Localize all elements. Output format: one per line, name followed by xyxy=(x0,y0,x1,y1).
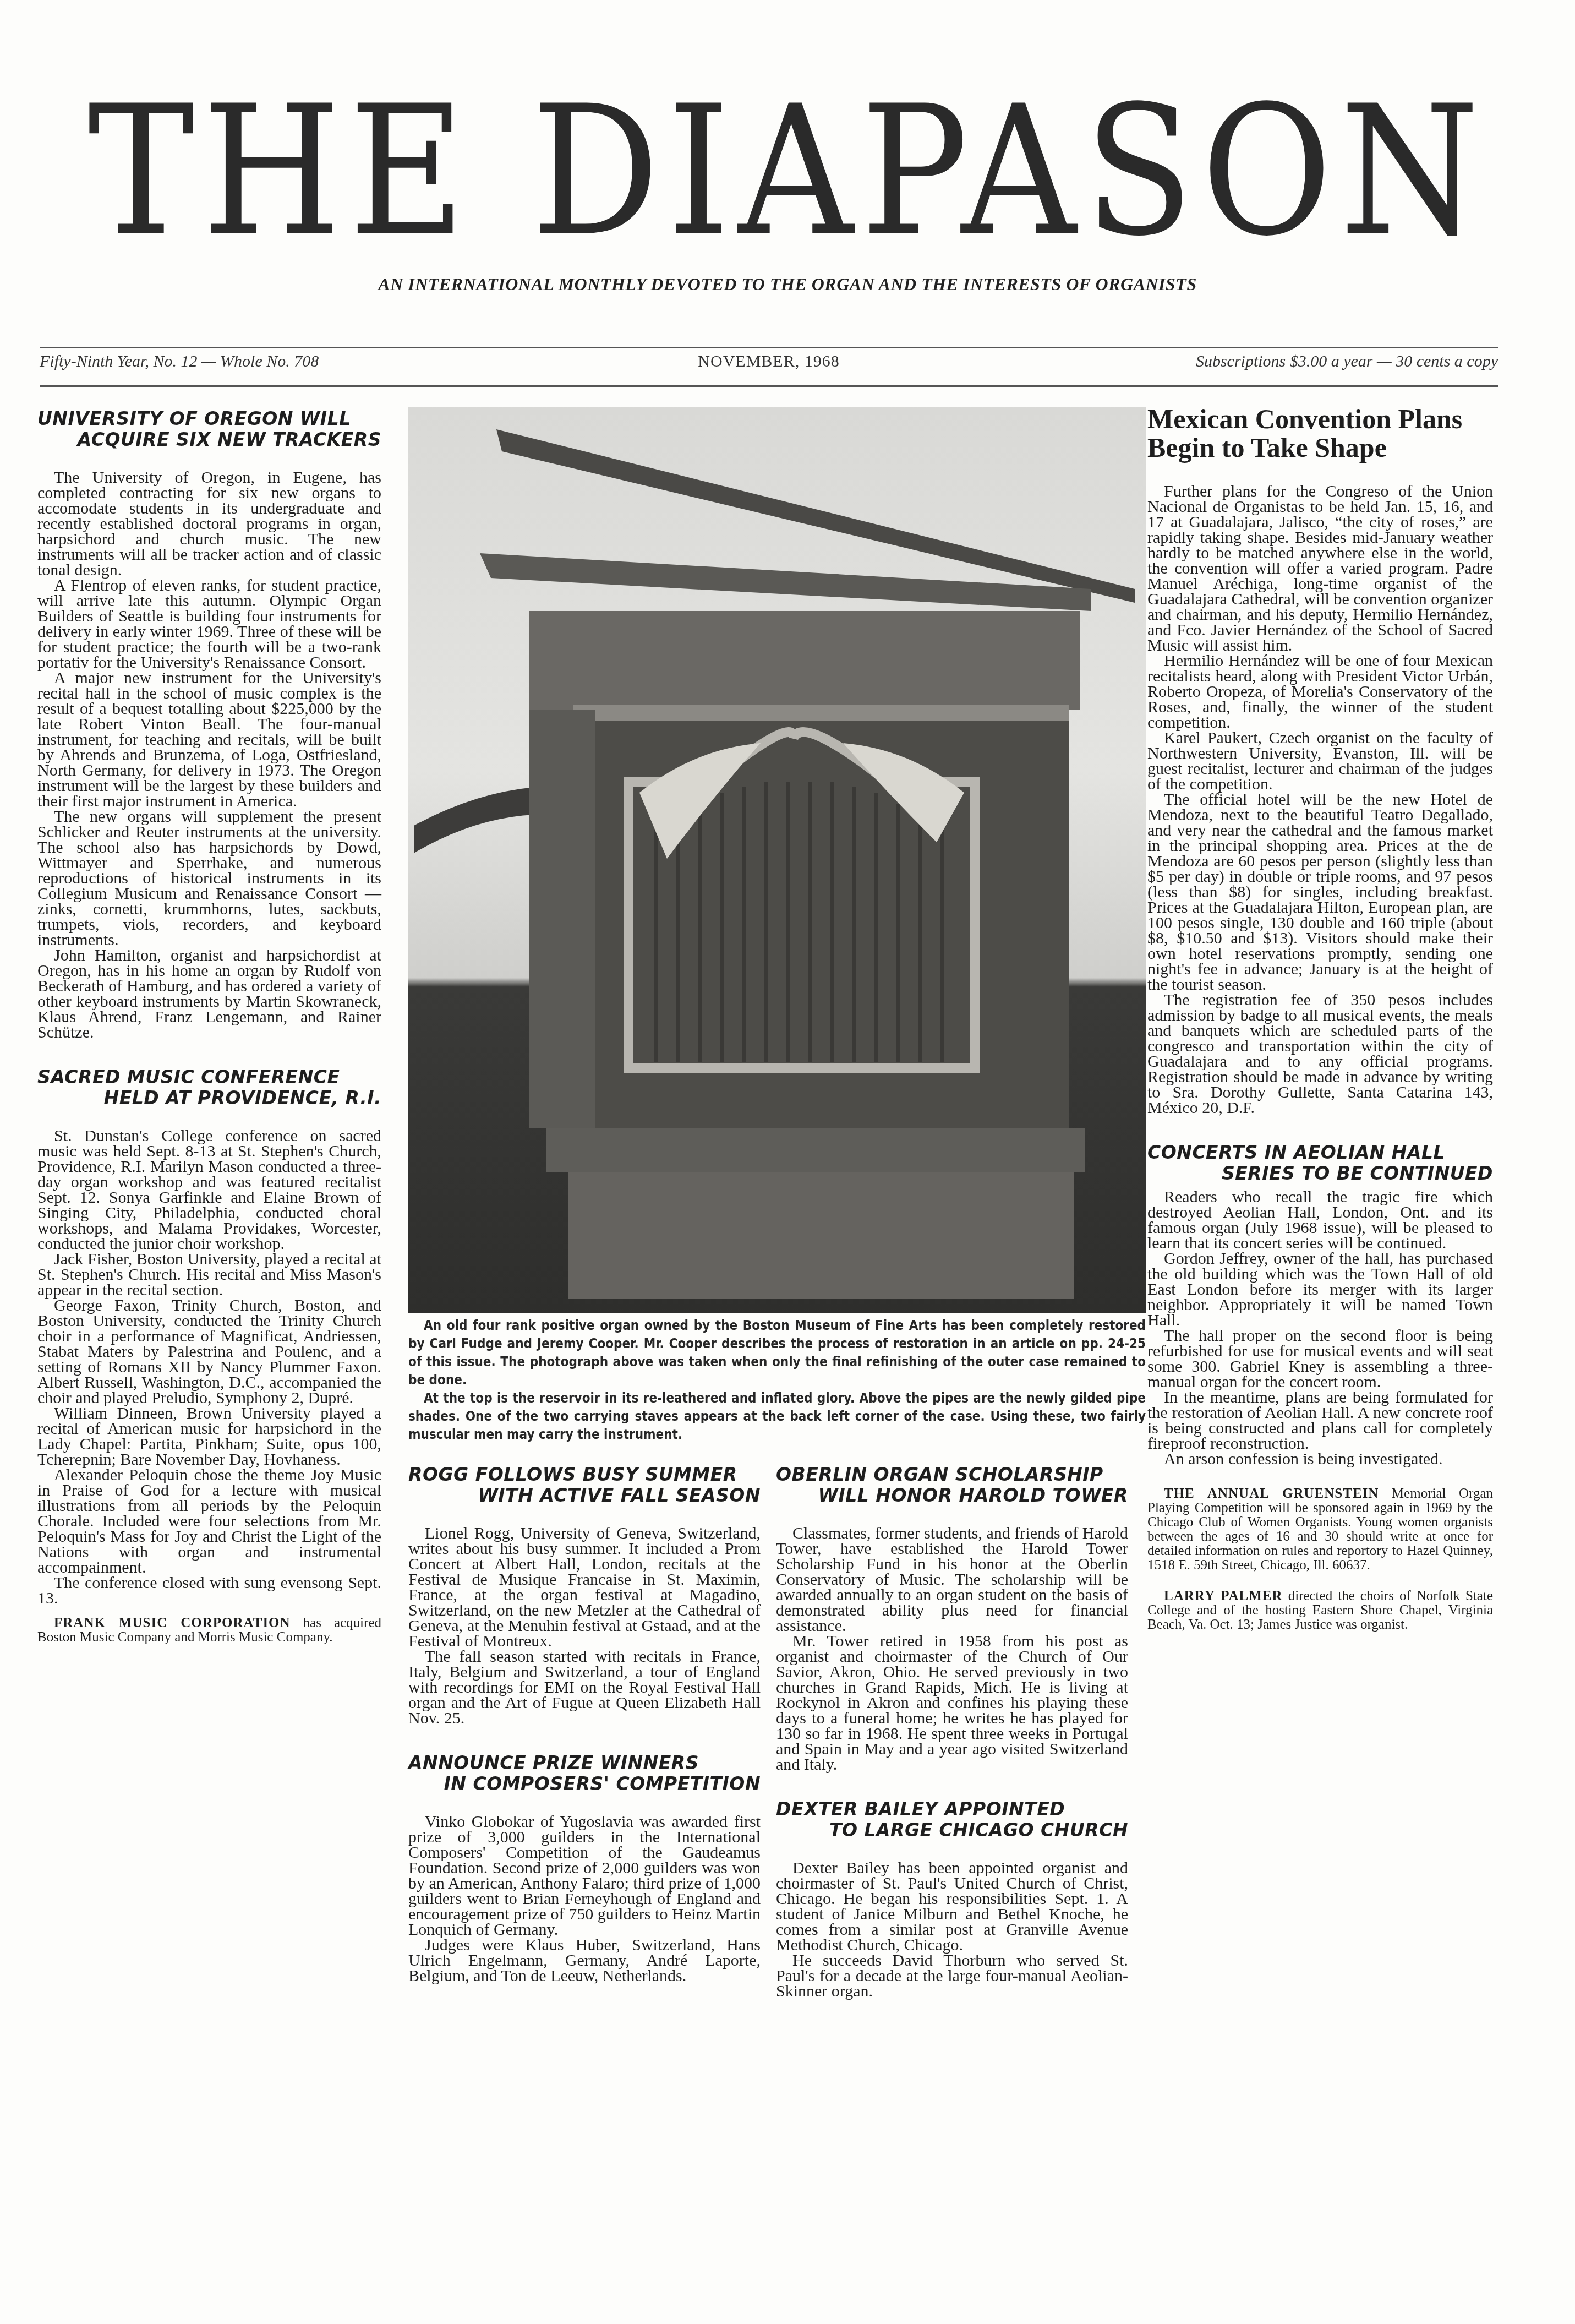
paragraph: The fall season started with recitals in… xyxy=(408,1649,761,1726)
column-right: Mexican Convention Plans Begin to Take S… xyxy=(1147,405,1493,1632)
paragraph: Readers who recall the tragic fire which… xyxy=(1147,1190,1493,1251)
masthead-title: THE DIAPASON xyxy=(0,83,1575,261)
headline-oberlin: OBERLIN ORGAN SCHOLARSHIP WILL HONOR HAR… xyxy=(776,1464,1128,1506)
headline-mexican-convention: Mexican Convention Plans Begin to Take S… xyxy=(1147,405,1493,462)
paragraph: In the meantime, plans are being formula… xyxy=(1147,1390,1493,1452)
paragraph: St. Dunstan's College conference on sacr… xyxy=(37,1128,381,1252)
paragraph: He succeeds David Thorburn who served St… xyxy=(776,1953,1128,1999)
paragraph: John Hamilton, organist and harpsichordi… xyxy=(37,948,381,1040)
headline-sacred-music: SACRED MUSIC CONFERENCE HELD AT PROVIDEN… xyxy=(37,1067,381,1109)
article-mexican-convention: Mexican Convention Plans Begin to Take S… xyxy=(1147,405,1493,1116)
paragraph: The official hotel will be the new Hotel… xyxy=(1147,792,1493,992)
paragraph: Dexter Bailey has been appointed organis… xyxy=(776,1861,1128,1953)
caption-paragraph: An old four rank positive organ owned by… xyxy=(408,1317,1146,1389)
brief-gruenstein: THE ANNUAL GRUENSTEIN Memorial Organ Pla… xyxy=(1147,1487,1493,1573)
headline-dexter-bailey: DEXTER BAILEY APPOINTED TO LARGE CHICAGO… xyxy=(776,1799,1128,1841)
article-oberlin: OBERLIN ORGAN SCHOLARSHIP WILL HONOR HAR… xyxy=(776,1464,1128,1772)
paragraph: Alexander Peloquin chose the theme Joy M… xyxy=(37,1467,381,1575)
brief-larry-palmer: LARRY PALMER directed the choirs of Norf… xyxy=(1147,1589,1493,1632)
paragraph: Hermilio Hernández will be one of four M… xyxy=(1147,653,1493,730)
paragraph: Further plans for the Congreso of the Un… xyxy=(1147,484,1493,653)
article-sacred-music: SACRED MUSIC CONFERENCE HELD AT PROVIDEN… xyxy=(37,1067,381,1606)
paragraph: Gordon Jeffrey, owner of the hall, has p… xyxy=(1147,1251,1493,1328)
paragraph: The University of Oregon, in Eugene, has… xyxy=(37,470,381,578)
paragraph: The new organs will supplement the prese… xyxy=(37,809,381,948)
column-center-left: ROGG FOLLOWS BUSY SUMMER WITH ACTIVE FAL… xyxy=(408,1464,761,1984)
paragraph: George Faxon, Trinity Church, Boston, an… xyxy=(37,1298,381,1406)
paragraph: William Dinneen, Brown University played… xyxy=(37,1406,381,1467)
paragraph: Jack Fisher, Boston University, played a… xyxy=(37,1252,381,1298)
paragraph: The registration fee of 350 pesos includ… xyxy=(1147,992,1493,1116)
headline-aeolian-hall: CONCERTS IN AEOLIAN HALL SERIES TO BE CO… xyxy=(1147,1142,1493,1184)
photo-organ-case-icon xyxy=(408,407,1146,1313)
paragraph: A major new instrument for the Universit… xyxy=(37,670,381,809)
headline-prize-winners: ANNOUNCE PRIZE WINNERS IN COMPOSERS' COM… xyxy=(408,1753,761,1794)
article-oregon: UNIVERSITY OF OREGON WILL ACQUIRE SIX NE… xyxy=(37,408,381,1040)
paragraph: An arson confession is being investigate… xyxy=(1147,1452,1493,1467)
paragraph: Judges were Klaus Huber, Switzerland, Ha… xyxy=(408,1938,761,1984)
caption-paragraph: At the top is the reservoir in its re-le… xyxy=(408,1389,1146,1444)
organ-photo xyxy=(408,407,1146,1313)
masthead-top-rule xyxy=(40,347,1498,348)
article-rogg: ROGG FOLLOWS BUSY SUMMER WITH ACTIVE FAL… xyxy=(408,1464,761,1726)
article-prize-winners: ANNOUNCE PRIZE WINNERS IN COMPOSERS' COM… xyxy=(408,1753,761,1984)
paragraph: Karel Paukert, Czech organist on the fac… xyxy=(1147,730,1493,792)
brief-frank-music: FRANK MUSIC CORPORATION has acquired Bos… xyxy=(37,1616,381,1645)
masthead-tagline: AN INTERNATIONAL MONTHLY DEVOTED TO THE … xyxy=(0,274,1575,294)
article-aeolian-hall: CONCERTS IN AEOLIAN HALL SERIES TO BE CO… xyxy=(1147,1142,1493,1467)
column-left: UNIVERSITY OF OREGON WILL ACQUIRE SIX NE… xyxy=(37,408,381,1645)
paragraph: The conference closed with sung evensong… xyxy=(37,1575,381,1606)
paragraph: Classmates, former students, and friends… xyxy=(776,1526,1128,1634)
paragraph: Vinko Globokar of Yugoslavia was awarded… xyxy=(408,1814,761,1938)
issue-info-bar: Fifty-Ninth Year, No. 12 — Whole No. 708… xyxy=(40,352,1498,378)
paragraph: Mr. Tower retired in 1958 from his post … xyxy=(776,1634,1128,1772)
subscription-price: Subscriptions $3.00 a year — 30 cents a … xyxy=(1196,352,1498,371)
photo-caption: An old four rank positive organ owned by… xyxy=(408,1317,1146,1444)
paragraph: A Flentrop of eleven ranks, for student … xyxy=(37,578,381,670)
paragraph: Lionel Rogg, University of Geneva, Switz… xyxy=(408,1526,761,1649)
paragraph: The hall proper on the second floor is b… xyxy=(1147,1328,1493,1390)
column-center-right: OBERLIN ORGAN SCHOLARSHIP WILL HONOR HAR… xyxy=(776,1464,1128,1999)
article-dexter-bailey: DEXTER BAILEY APPOINTED TO LARGE CHICAGO… xyxy=(776,1799,1128,1999)
masthead-bottom-rule xyxy=(40,385,1498,387)
headline-oregon: UNIVERSITY OF OREGON WILL ACQUIRE SIX NE… xyxy=(37,408,381,450)
headline-rogg: ROGG FOLLOWS BUSY SUMMER WITH ACTIVE FAL… xyxy=(408,1464,761,1506)
